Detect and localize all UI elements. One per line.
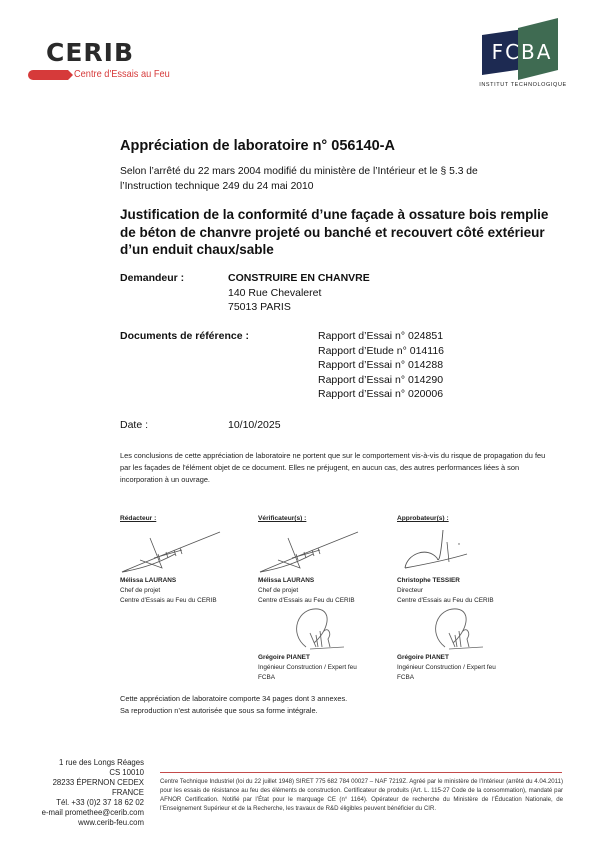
signatory-name: Mélissa LAURANS	[258, 576, 408, 586]
signatory-org: Centre d’Essais au Feu du CERIB	[120, 596, 270, 606]
requester-address-line2: 75013 PARIS	[228, 300, 370, 315]
cerib-red-bar-icon	[28, 70, 68, 80]
signatory-name: Mélissa LAURANS	[120, 576, 270, 586]
signatory-title: Chef de projet	[120, 586, 270, 596]
requester-address-line1: 140 Rue Chevaleret	[228, 286, 370, 301]
page-count-note: Cette appréciation de laboratoire compor…	[120, 693, 347, 705]
reference-item: Rapport d’Essai n° 024851	[318, 329, 444, 344]
reference-item: Rapport d’Essai n° 014290	[318, 373, 444, 388]
handwritten-signature-icon	[397, 524, 507, 576]
address-line: FRANCE	[10, 788, 144, 798]
reference-item: Rapport d’Essai n° 020006	[318, 387, 444, 402]
disclaimer-text: Les conclusions de cette appréciation de…	[120, 450, 550, 486]
signature-block-approbateur-fcba: Grégoire PIANET Ingénieur Construction /…	[397, 603, 547, 683]
references-list: Rapport d’Essai n° 024851 Rapport d’Etud…	[318, 329, 444, 402]
signature-block-verificateur-fcba: Grégoire PIANET Ingénieur Construction /…	[258, 603, 408, 683]
signature-block-verificateur: Vérificateur(s) : Mélissa LAURANS Chef d…	[258, 514, 408, 606]
signatory-name: Christophe TESSIER	[397, 576, 547, 586]
document-subtitle: Selon l’arrêté du 22 mars 2004 modifié d…	[120, 164, 520, 194]
signatory-name: Grégoire PIANET	[258, 653, 408, 663]
cerib-logo: CERIB Centre d'Essais au Feu	[28, 40, 168, 85]
reference-item: Rapport d’Essai n° 014288	[318, 358, 444, 373]
date-value: 10/10/2025	[228, 418, 281, 433]
closing-note: Cette appréciation de laboratoire compor…	[120, 693, 347, 717]
footer-divider	[160, 772, 562, 773]
handwritten-signature-icon	[258, 603, 368, 653]
handwritten-signature-icon	[258, 524, 368, 576]
signature-role: Rédacteur :	[120, 514, 270, 524]
signature-block-redacteur: Rédacteur : Mélissa LAURANS Chef de proj…	[120, 514, 270, 606]
requester-name: CONSTRUIRE EN CHANVRE	[228, 271, 370, 286]
requester-label: Demandeur :	[120, 272, 184, 284]
signature-block-approbateur: Approbateur(s) : Christophe TESSIER Dire…	[397, 514, 547, 606]
fcba-subtitle: INSTITUT TECHNOLOGIQUE	[478, 82, 568, 88]
document-title: Appréciation de laboratoire n° 056140-A	[120, 138, 395, 154]
handwritten-signature-icon	[120, 524, 230, 576]
signatory-org: FCBA	[397, 673, 547, 683]
signatory-title: Ingénieur Construction / Expert feu	[258, 663, 408, 673]
signatory-title: Ingénieur Construction / Expert feu	[397, 663, 547, 673]
cerib-wordmark: CERIB	[46, 40, 134, 66]
email: e-mail promethee@cerib.com	[10, 808, 144, 818]
handwritten-signature-icon	[397, 603, 507, 653]
signatory-org: FCBA	[258, 673, 408, 683]
address-line: CS 10010	[10, 768, 144, 778]
references-label: Documents de référence :	[120, 330, 249, 342]
address-line: 1 rue des Longs Réages	[10, 758, 144, 768]
signatory-name: Grégoire PIANET	[397, 653, 547, 663]
signature-role: Approbateur(s) :	[397, 514, 547, 524]
address-line: 28233 ÉPERNON CEDEX	[10, 778, 144, 788]
phone: Tél. +33 (0)2 37 18 62 02	[10, 798, 144, 808]
signatory-title: Chef de projet	[258, 586, 408, 596]
footer-legal-text: Centre Technique Industriel (loi du 22 j…	[160, 777, 563, 813]
signatory-title: Directeur	[397, 586, 547, 596]
website: www.cerib-feu.com	[10, 818, 144, 828]
reference-item: Rapport d’Etude n° 014116	[318, 344, 444, 359]
fcba-wordmark: FCBA	[478, 40, 566, 64]
fcba-logo: FCBA INSTITUT TECHNOLOGIQUE	[478, 18, 568, 93]
signature-role: Vérificateur(s) :	[258, 514, 408, 524]
date-label: Date :	[120, 418, 148, 433]
document-heading: Justification de la conformité d’une faç…	[120, 206, 550, 259]
requester-block: CONSTRUIRE EN CHANVRE 140 Rue Chevaleret…	[228, 271, 370, 315]
reproduction-note: Sa reproduction n’est autorisée que sous…	[120, 705, 347, 717]
footer-address: 1 rue des Longs Réages CS 10010 28233 ÉP…	[10, 758, 144, 828]
cerib-tagline: Centre d'Essais au Feu	[74, 68, 170, 80]
